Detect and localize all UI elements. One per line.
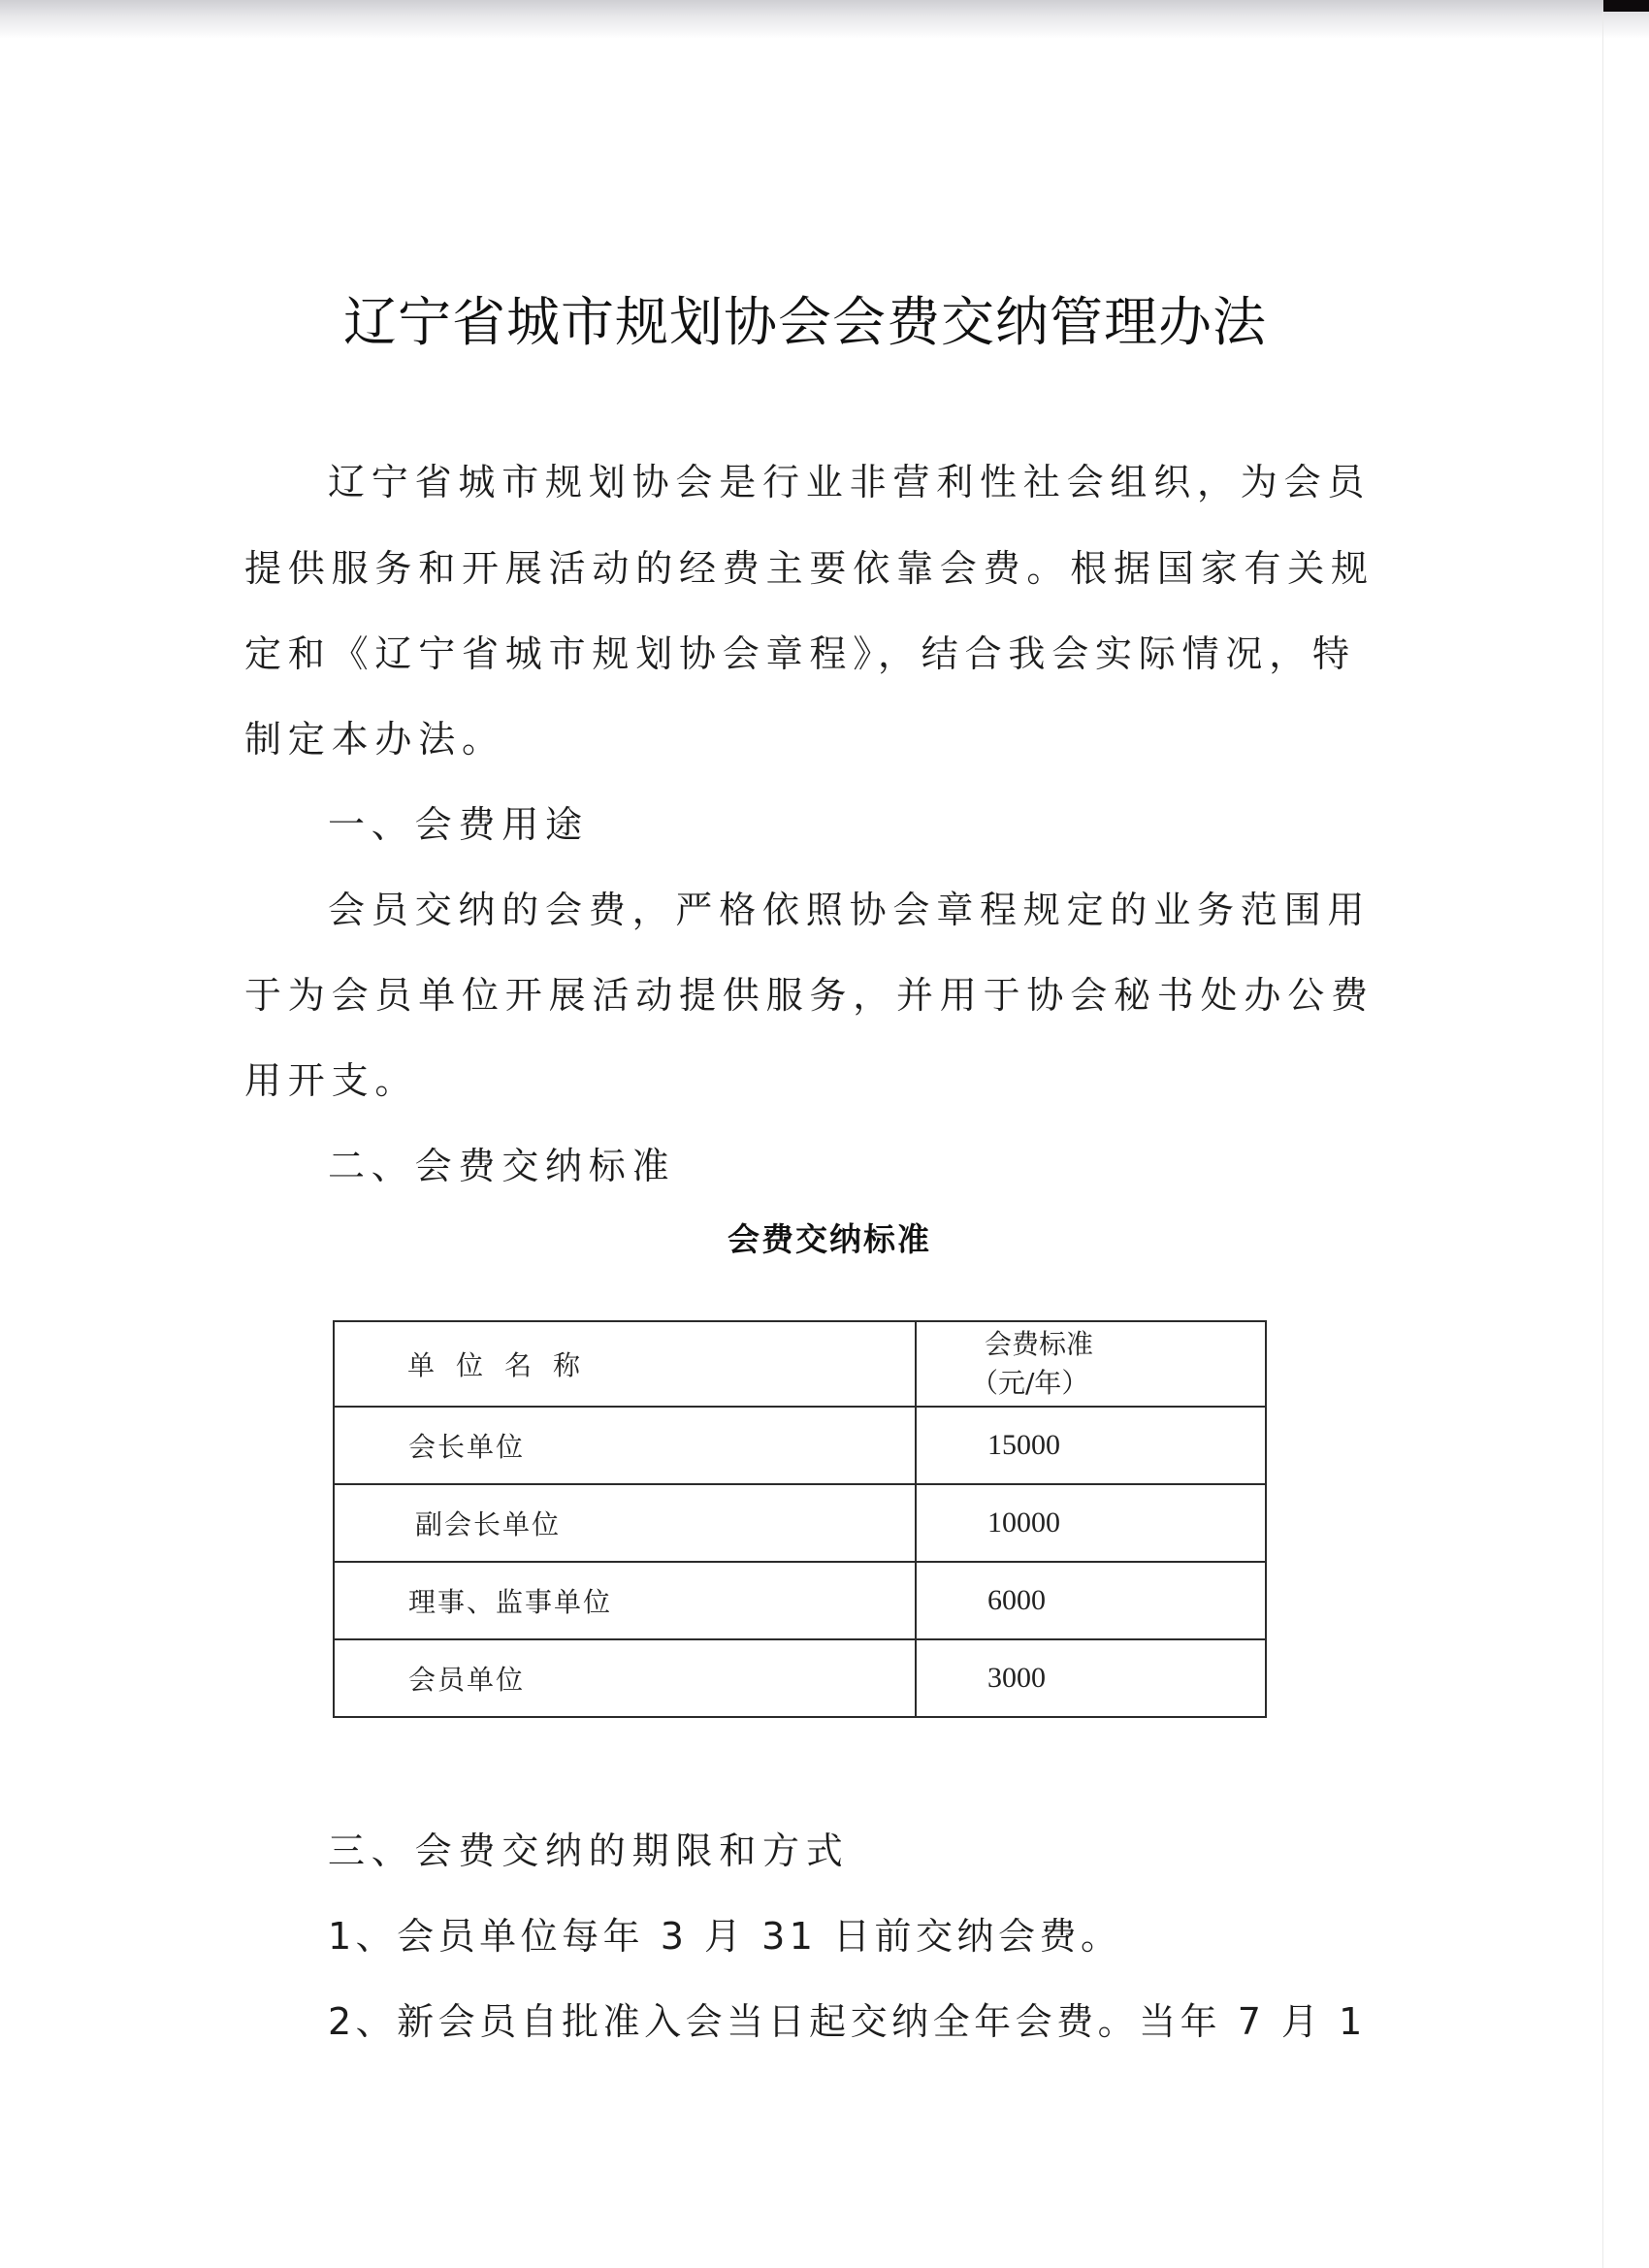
scan-corner-mark (1603, 0, 1649, 12)
unit-name-cell: 会员单位 (334, 1639, 916, 1717)
unit-name-cell: 副会长单位 (334, 1484, 916, 1562)
table-row: 会长单位 15000 (334, 1407, 1266, 1484)
unit-name-cell: 理事、监事单位 (334, 1562, 916, 1639)
header-fee-unit: （元/年） (917, 1364, 1265, 1403)
section-item: 2、新会员自批准入会当日起交纳全年会费。当年 7 月 1 (328, 1992, 1367, 2045)
intro-line: 辽宁省城市规划协会是行业非营利性社会组织，为会员 (328, 452, 1371, 505)
table-row: 理事、监事单位 6000 (334, 1562, 1266, 1639)
document-title: 辽宁省城市规划协会会费交纳管理办法 (0, 279, 1610, 356)
header-fee-label: 会费标准 (917, 1325, 1265, 1364)
section-line: 用开支。 (244, 1051, 418, 1104)
table-header-row: 单位名称 会费标准 （元/年） (334, 1321, 1266, 1407)
table-row: 会员单位 3000 (334, 1639, 1266, 1717)
header-fee-standard: 会费标准 （元/年） (916, 1321, 1266, 1407)
section-heading: 一、会费用途 (328, 794, 589, 848)
intro-line: 定和《辽宁省城市规划协会章程》，结合我会实际情况，特 (244, 624, 1356, 677)
fee-table: 单位名称 会费标准 （元/年） 会长单位 15000 副会长单位 10000 理… (333, 1320, 1267, 1718)
header-unit-name: 单位名称 (334, 1321, 916, 1407)
table-row: 副会长单位 10000 (334, 1484, 1266, 1562)
section-heading: 二、会费交纳标准 (328, 1136, 675, 1189)
scan-shadow (0, 0, 1649, 39)
fee-cell: 10000 (916, 1484, 1266, 1562)
section-line: 会员交纳的会费，严格依照协会章程规定的业务范围用 (328, 880, 1371, 933)
fee-cell: 6000 (916, 1562, 1266, 1639)
unit-name-cell: 会长单位 (334, 1407, 916, 1484)
table-caption: 会费交纳标准 (0, 1215, 1649, 1260)
section-heading: 三、会费交纳的期限和方式 (328, 1821, 850, 1874)
section-item: 1、会员单位每年 3 月 31 日前交纳会费。 (328, 1906, 1122, 1960)
fee-cell: 3000 (916, 1639, 1266, 1717)
fee-cell: 15000 (916, 1407, 1266, 1484)
section-line: 于为会员单位开展活动提供服务，并用于协会秘书处办公费 (244, 965, 1374, 1019)
intro-line: 提供服务和开展活动的经费主要依靠会费。根据国家有关规 (244, 538, 1374, 592)
intro-line: 制定本办法。 (244, 709, 505, 762)
